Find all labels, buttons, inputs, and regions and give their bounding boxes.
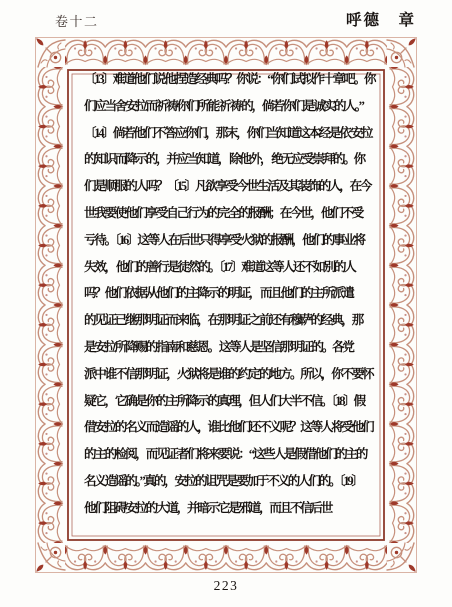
text-line: 亏待。〔16〕这等人在后世只得享受火狱的报酬，他们的事业将: [84, 227, 384, 254]
book-page: { "page": { "header": { "volume": "卷十二",…: [0, 0, 452, 607]
text-line: 吗？他们依据从他们的主降示的明证， 而且他们的主所派遣: [84, 280, 384, 307]
text-line: 〔14〕倘若他们不答应你们，那末，你们当知道这本经是依 安拉: [84, 120, 384, 147]
text-line: 世我要使他们享受自己行为的完全的报酬；在今世，他们不受: [84, 200, 384, 227]
volume-label: 卷十二: [55, 11, 99, 30]
text-line: 的知识而降示的，并应当知道， 除他外， 绝无应受崇拜的。你: [84, 146, 384, 173]
text-line: 他们阻碍安拉的大道，并暗示它是邪道，而且不信后世: [84, 495, 384, 522]
text-line: 〔13〕难道他们说他捏造经典吗？你说：“你们试拟作十章吧。你: [84, 66, 384, 93]
text-line: 们应当舍安拉而祈祷你们所能 祈 祷 的，倘若你们是诚实的人。”: [84, 93, 384, 120]
text-line: 疑它，它确是你的主所降示的真理，但人们大半不信。〔18〕假: [84, 388, 384, 415]
text-line: 们是顺服的人吗？〔15〕凡欲享受今世生活及其装饰的人，在今: [84, 173, 384, 200]
text-line: 是安拉所降赐的指南和慈恩。 这等人是坚信那明证的。各党: [84, 334, 384, 361]
text-line: 名义造谣的。”真的，安拉的诅咒是要加于不义的人们的。〔19〕: [84, 468, 384, 495]
text-line: 借安拉的名义而造谣的人，谁比他们还不义呢？这等人将受他们: [84, 414, 384, 441]
running-head: 卷十二 呼德 章: [0, 0, 452, 34]
page-number: 223: [0, 578, 452, 594]
chapter-title: 呼德 章: [346, 8, 416, 30]
text-line: 失效， 他们的善行是徒然的。〔17〕难道这等人还不如别的人: [84, 254, 384, 281]
body-text: 〔13〕难道他们说他捏造经典吗？你说：“你们试拟作十章吧。你 们应当舍安拉而祈祷…: [84, 66, 384, 522]
text-line: 派中谁不信那明证，火狱将是谁的约定的地方。所以，你不要怀: [84, 361, 384, 388]
text-line: 的见证已继那明证而来临，在那明证之前还有穆萨的经典，那: [84, 307, 384, 334]
text-line: 的主的检阅，而见证者们将来要说：“这些人是假借他们的主的: [84, 441, 384, 468]
